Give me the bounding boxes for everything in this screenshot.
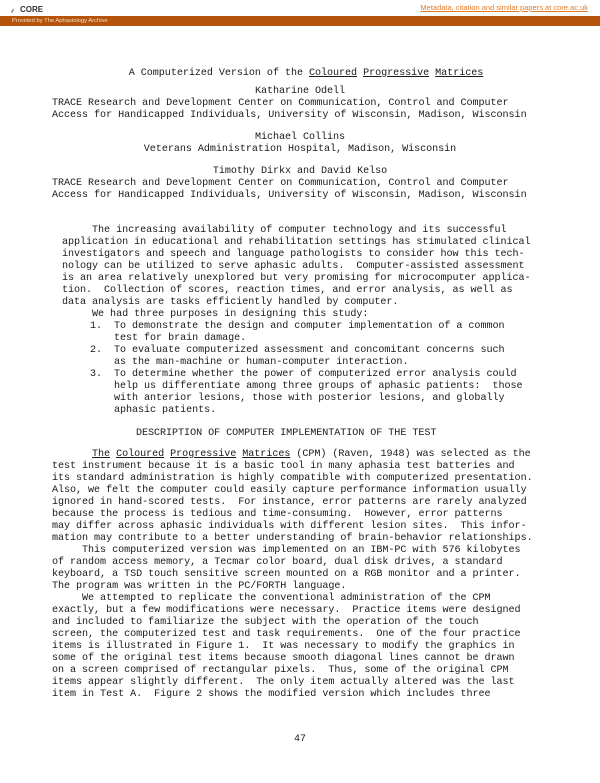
text-line: Also, we felt the computer could easily … (52, 485, 527, 497)
title-word: Coloured (309, 68, 357, 79)
author-name: Katharine Odell (0, 86, 600, 98)
text-line: some of the original test items because … (52, 653, 515, 665)
author-name: Timothy Dirkx and David Kelso (0, 166, 600, 178)
author-name: Michael Collins (0, 132, 600, 144)
core-header: ⸙ CORE Metadata, citation and similar pa… (0, 0, 600, 28)
author-affiliation: TRACE Research and Development Center on… (52, 98, 509, 110)
list-item: test for brain damage. (114, 333, 246, 345)
text-line: nology can be utilized to serve aphasic … (62, 261, 525, 273)
text-line: and included to familiarize the subject … (52, 617, 479, 629)
author-affiliation: Veterans Administration Hospital, Madiso… (0, 144, 600, 156)
text-line: items is illustrated in Figure 1. It was… (52, 641, 515, 653)
list-item: as the man-machine or human-computer int… (114, 357, 408, 369)
text-line: The increasing availability of computer … (62, 225, 507, 237)
text-line: The Coloured Progressive Matrices (CPM) … (62, 449, 531, 461)
page-number: 47 (0, 734, 600, 745)
text-line: screen, the computerized test and task r… (52, 629, 521, 641)
core-logo[interactable]: ⸙ CORE (10, 2, 43, 14)
text-line: test instrument because it is a basic to… (52, 461, 515, 473)
text-line: We had three purposes in designing this … (62, 309, 368, 321)
list-item: with anterior lesions, those with poster… (114, 393, 504, 405)
metadata-link[interactable]: Metadata, citation and similar papers at… (420, 3, 588, 12)
list-item: aphasic patients. (114, 405, 216, 417)
text-line: The program was written in the PC/FORTH … (52, 581, 346, 593)
underlined-word: Progressive (170, 449, 236, 460)
list-item: To evaluate computerized assessment and … (114, 345, 504, 357)
text-line: its standard administration is highly co… (52, 473, 533, 485)
title-word: Progressive (363, 68, 429, 79)
title-word: Matrices (435, 68, 483, 79)
text-line: items appear slightly different. The onl… (52, 677, 515, 689)
section-heading: DESCRIPTION OF COMPUTER IMPLEMENTATION O… (136, 428, 436, 440)
list-number: 3. (90, 369, 102, 381)
text-line: because the process is tedious and time-… (52, 509, 503, 521)
text-line: ignored in hand-scored tests. For instan… (52, 497, 527, 509)
author-affiliation: TRACE Research and Development Center on… (52, 178, 509, 190)
text-line: keyboard, a TSD touch sensitive screen m… (52, 569, 521, 581)
list-number: 2. (90, 345, 102, 357)
list-item: To demonstrate the design and computer i… (114, 321, 504, 333)
title-prefix: A Computerized Version of the (129, 68, 309, 79)
author-affiliation: Access for Handicapped Individuals, Univ… (52, 190, 527, 202)
text-line: data analysis are tasks efficiently hand… (62, 297, 398, 309)
text-line: may differ across aphasic individuals wi… (52, 521, 527, 533)
text-line: is an area relatively unexplored but ver… (62, 273, 531, 285)
text-span: (CPM) (Raven, 1948) was selected as the (290, 449, 530, 460)
text-line: mation may contribute to a better unders… (52, 533, 533, 545)
text-line: application in educational and rehabilit… (62, 237, 531, 249)
text-line: We attempted to replicate the convention… (52, 593, 491, 605)
provided-by-bar: Provided by The Aphasiology Archive (0, 16, 600, 26)
text-line: of random access memory, a Tecmar color … (52, 557, 503, 569)
text-line: item in Test A. Figure 2 shows the modif… (52, 689, 491, 701)
paper-title: A Computerized Version of the Coloured P… (0, 56, 600, 80)
text-line: investigators and speech and language pa… (62, 249, 525, 261)
underlined-word: Matrices (242, 449, 290, 460)
text-line: tion. Collection of scores, reaction tim… (62, 285, 513, 297)
core-logo-icon: ⸙ (10, 8, 19, 14)
provided-by-text: Provided by The Aphasiology Archive (12, 18, 108, 24)
author-affiliation: Access for Handicapped Individuals, Univ… (52, 110, 527, 122)
text-line: This computerized version was implemente… (52, 545, 521, 557)
underlined-word: The (92, 449, 110, 460)
list-item: help us differentiate among three groups… (114, 381, 523, 393)
underlined-word: Coloured (116, 449, 164, 460)
list-item: To determine whether the power of comput… (114, 369, 517, 381)
list-number: 1. (90, 321, 102, 333)
core-logo-text: CORE (20, 5, 43, 14)
text-line: exactly, but a few modifications were ne… (52, 605, 521, 617)
text-line: on a screen comprised of rectangular pix… (52, 665, 509, 677)
